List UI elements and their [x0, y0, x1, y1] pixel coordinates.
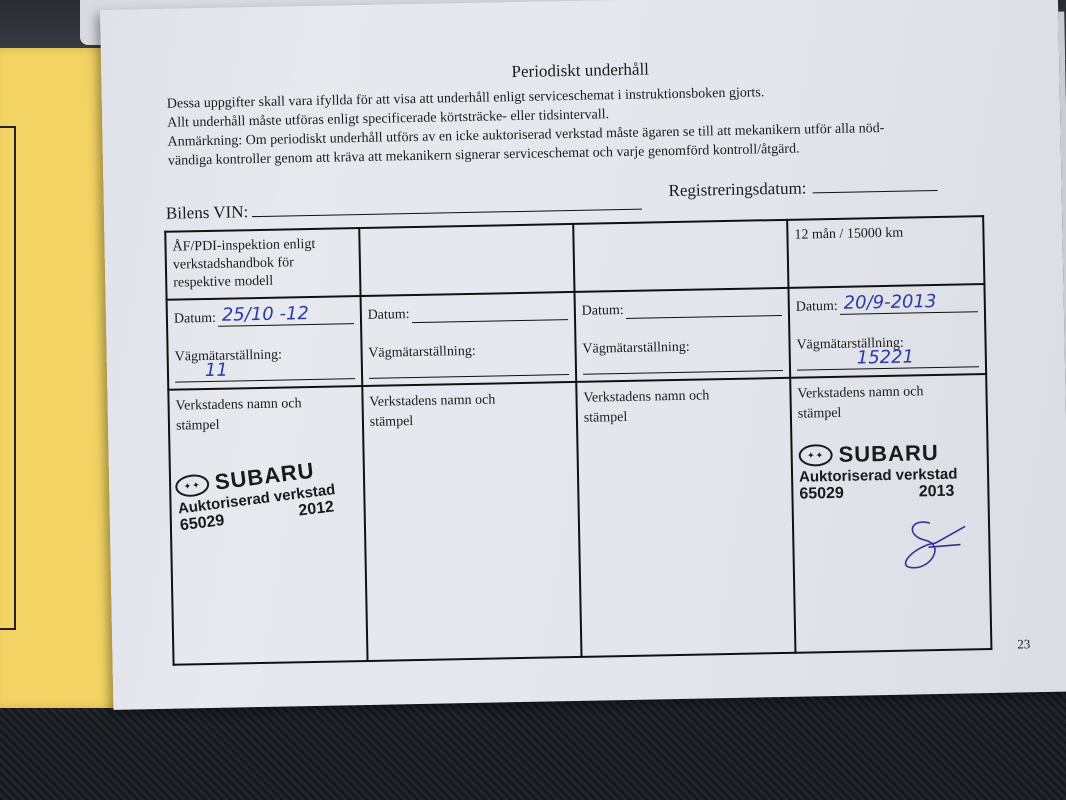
regdate-blank[interactable]	[812, 176, 937, 193]
handwritten-date: 25/10 -12	[222, 303, 309, 326]
column-header: 12 mån / 15000 km	[787, 216, 984, 288]
stamp-cell: Verkstadens namn och stämpel	[576, 378, 795, 657]
odometer-field[interactable]	[369, 358, 569, 379]
stamp-cell: Verkstadens namn och stämpel ✦✦SUBARU Au…	[790, 374, 991, 653]
entry-cell: Datum:25/10 -12 Vägmätarställning: 11	[167, 296, 362, 390]
handwritten-odometer: 11	[205, 360, 228, 381]
workshop-label: Verkstadens namn och stämpel	[369, 390, 510, 433]
column-header	[573, 220, 788, 292]
regdate-label: Registreringsdatum:	[668, 178, 806, 200]
regdate-field: Registreringsdatum:	[668, 176, 937, 201]
workshop-stamp: ✦✦SUBARU Auktoriserad verkstad 650292013	[798, 439, 981, 503]
booklet-page: Periodiskt underhåll Dessa uppgifter ska…	[100, 0, 1066, 710]
cover-frame	[0, 126, 16, 630]
date-odometer-row: Datum:25/10 -12 Vägmätarställning: 11 Da…	[167, 284, 987, 390]
stamp-year: 2012	[298, 498, 336, 520]
stamp-year: 2013	[919, 483, 955, 502]
entry-cell: Datum: Vägmätarställning:	[574, 288, 790, 382]
signature	[890, 514, 983, 581]
service-schedule-table: ÅF/PDI-inspektion enligt verkstadshandbo…	[164, 215, 992, 666]
odometer-field[interactable]: 11	[175, 362, 355, 382]
date-field[interactable]: 25/10 -12	[218, 307, 354, 327]
date-field[interactable]	[411, 303, 567, 323]
column-header: ÅF/PDI-inspektion enligt verkstadshandbo…	[165, 228, 360, 300]
date-field[interactable]: 20/9-2013	[840, 295, 978, 315]
subaru-logo-icon: ✦✦	[174, 473, 210, 499]
intro-text: Dessa uppgifter skall vara ifyllda för a…	[167, 79, 1008, 171]
stamp-cell: Verkstadens namn och stämpel ✦✦SUBARU Au…	[168, 386, 367, 665]
entry-cell: Datum: Vägmätarställning:	[360, 292, 576, 386]
stamp-cell: Verkstadens namn och stämpel	[362, 382, 581, 661]
workshop-stamp: ✦✦SUBARU Auktoriserad verkstad 650292012	[174, 453, 360, 536]
date-label: Datum:	[174, 311, 216, 328]
handwritten-odometer: 15221	[857, 346, 915, 368]
odometer-field[interactable]	[583, 354, 783, 375]
workshop-stamp-row: Verkstadens namn och stämpel ✦✦SUBARU Au…	[168, 374, 991, 665]
workshop-label: Verkstadens namn och stämpel	[583, 386, 724, 429]
page-number: 23	[1017, 636, 1030, 652]
column-header	[359, 224, 574, 296]
subaru-logo-icon: ✦✦	[798, 444, 832, 467]
date-label: Datum:	[582, 303, 624, 320]
workshop-label: Verkstadens namn och stämpel	[175, 394, 316, 437]
entry-cell: Datum:20/9-2013 Vägmätarställning: 15221	[788, 284, 986, 378]
stamp-brand: SUBARU	[838, 440, 939, 468]
date-label: Datum:	[367, 307, 409, 324]
date-label: Datum:	[796, 299, 838, 316]
workshop-label: Verkstadens namn och stämpel	[797, 382, 938, 425]
page-edge	[1058, 11, 1066, 671]
vin-field: Bilens VIN:	[166, 195, 643, 224]
odometer-field[interactable]: 15221	[797, 350, 979, 370]
vin-blank[interactable]	[252, 195, 642, 217]
handwritten-date: 20/9-2013	[844, 291, 937, 314]
date-field[interactable]	[626, 299, 782, 319]
vin-label: Bilens VIN:	[166, 202, 249, 223]
stamp-code: 65029	[799, 485, 844, 504]
